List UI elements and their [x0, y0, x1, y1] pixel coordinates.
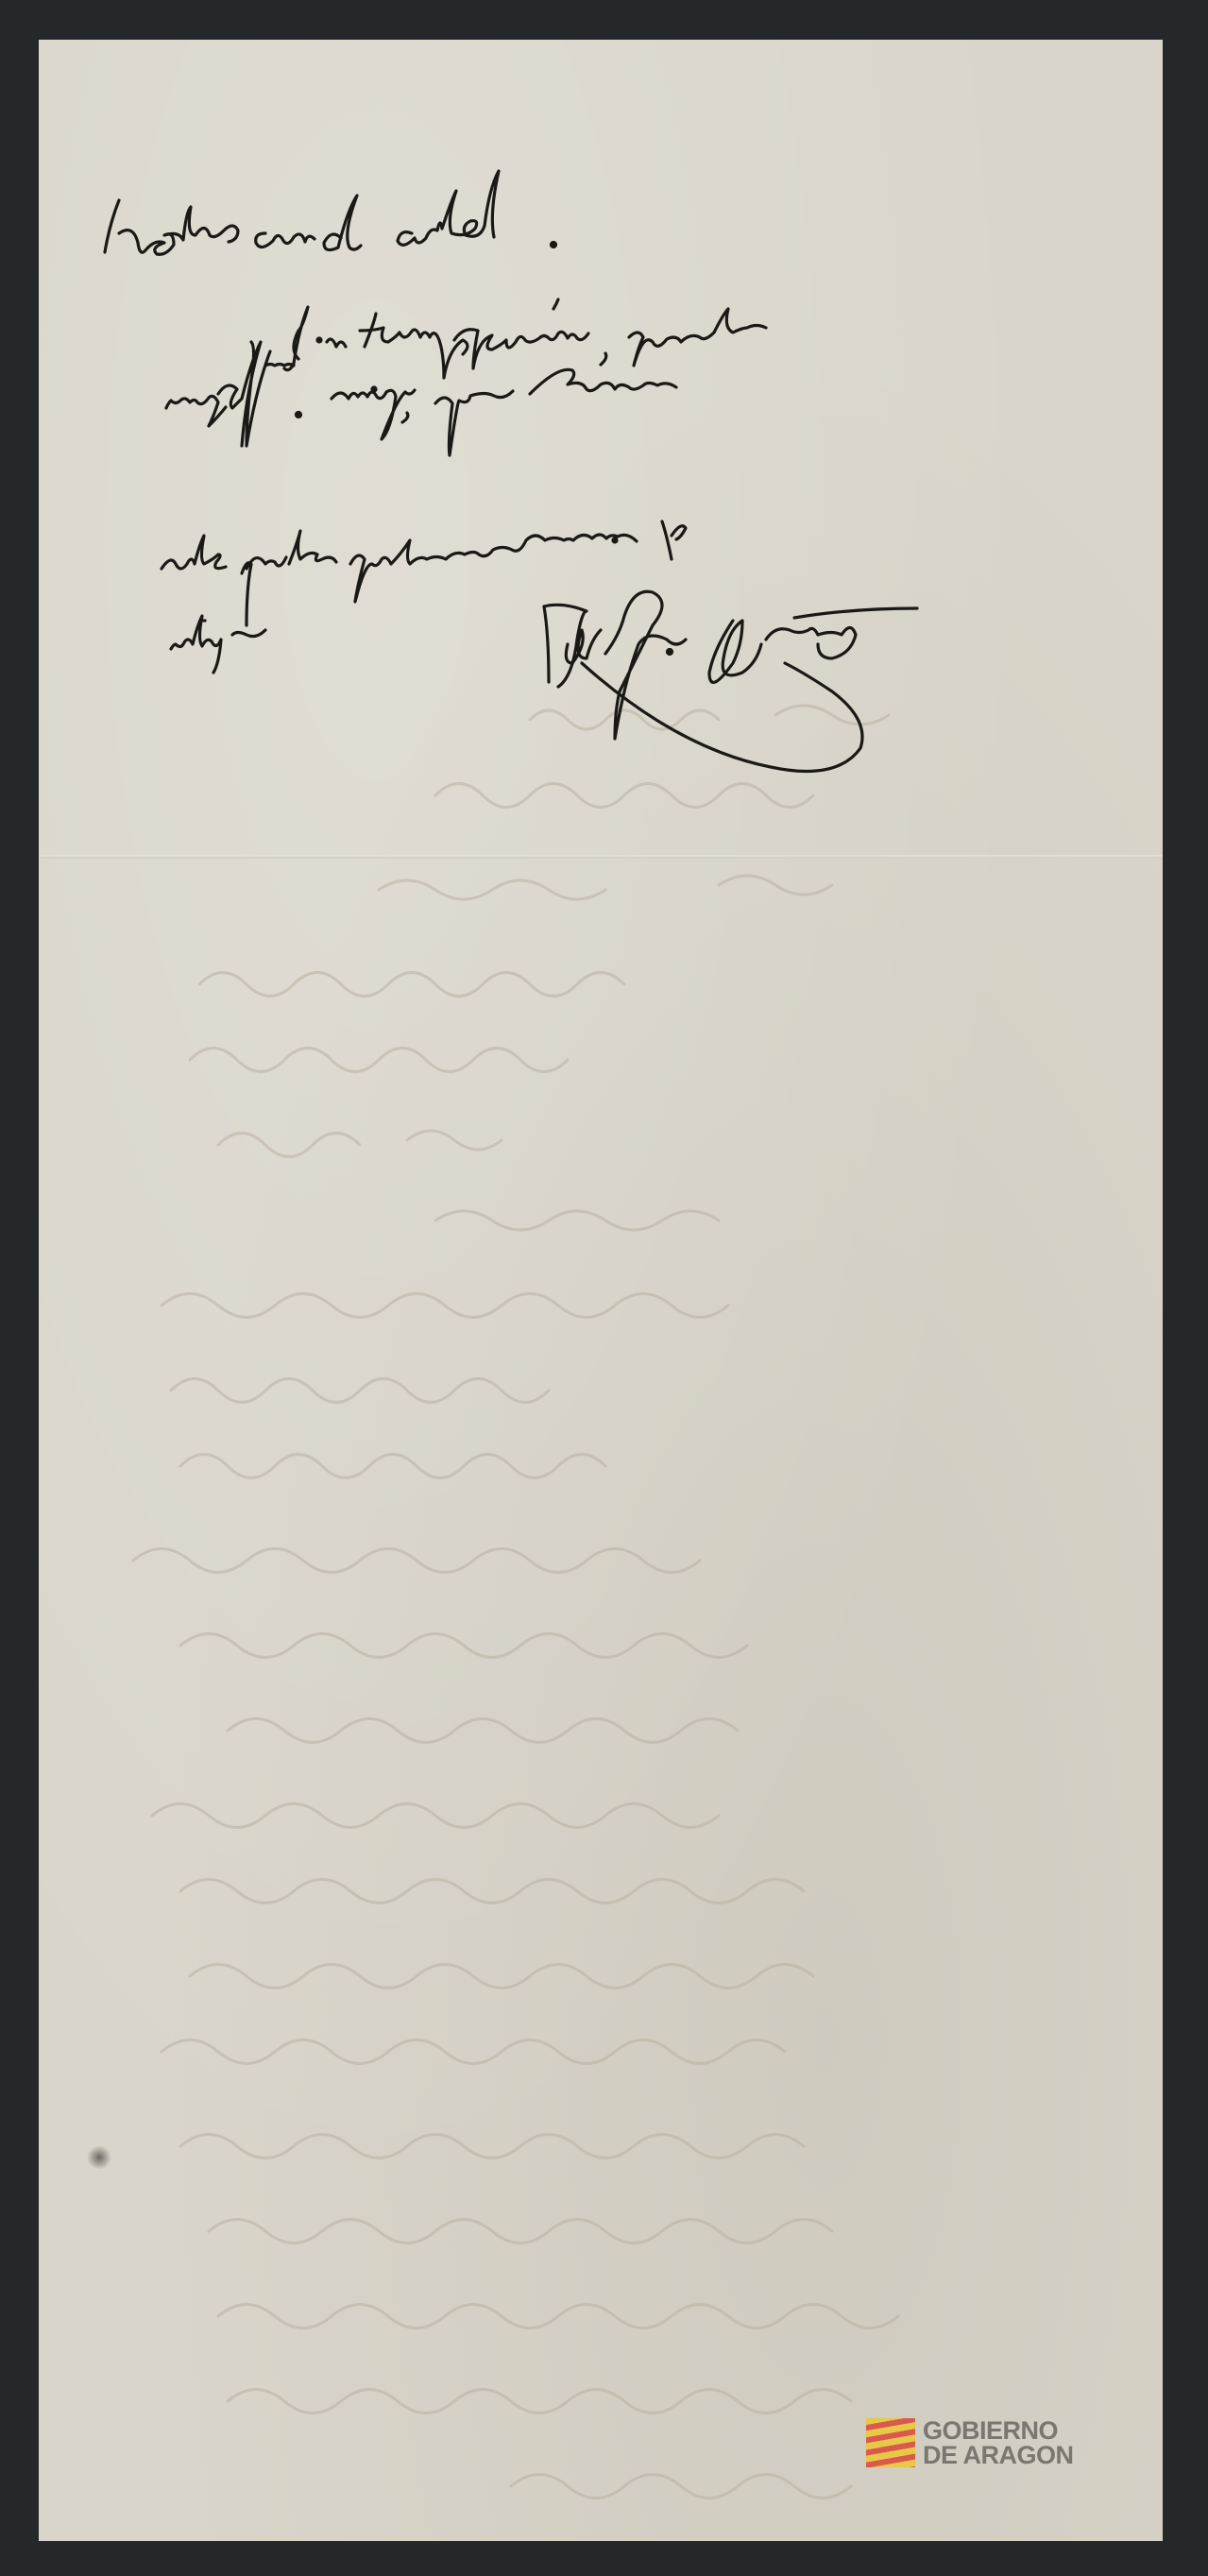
letter-page: hecho con el cartel. Sin tiempo para más… — [39, 40, 1163, 2541]
gobierno-de-aragon-logo: GOBIERNO DE ARAGON — [866, 2418, 1074, 2467]
ink-blot — [86, 2146, 112, 2169]
logo-line-1: GOBIERNO — [923, 2418, 1074, 2443]
aragon-flag-icon — [866, 2418, 915, 2467]
logo-line-2: DE ARAGON — [923, 2443, 1074, 2467]
logo-text: GOBIERNO DE ARAGON — [923, 2418, 1074, 2467]
handwriting — [39, 40, 1163, 2541]
